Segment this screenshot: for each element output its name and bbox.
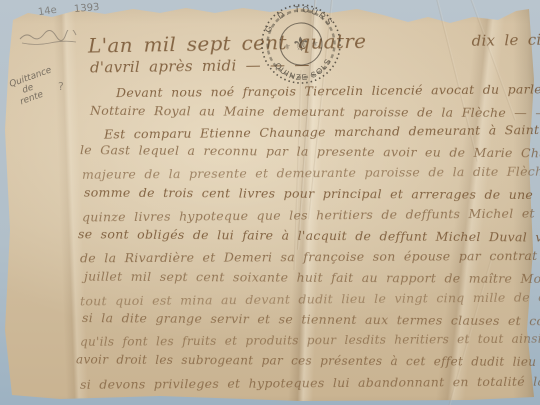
fleur-de-lis-icon: ⚜ <box>291 31 311 57</box>
manuscript-line-7: majeure de la presente et demeurante par… <box>82 163 540 182</box>
pencil-number-left: 14e <box>37 5 57 19</box>
manuscript-line-12: juillet mil sept cent soixante huit fait… <box>84 269 540 287</box>
fleur-de-lis-icon: ⚜ <box>283 42 291 52</box>
tax-stamp: G. D. TOURS QUINZE SOLS ⚜ ⚜ ⚜ <box>250 0 352 91</box>
pencil-scribble <box>18 30 80 48</box>
manuscript-line-8: somme de trois cent livres pour principa… <box>84 185 540 203</box>
stamp-arc-bottom-text: QUINZE SOLS <box>272 55 335 85</box>
manuscript-line-17: si devons privileges et hypoteques lui a… <box>80 373 540 392</box>
pencil-question-mark: ? <box>58 80 64 93</box>
pencil-number-right: 1393 <box>74 2 100 15</box>
manuscript-line-1b: dix le cinquieme jour du mois <box>471 27 540 49</box>
manuscript-line-11: de la Rivardière et Demeri sa françoise … <box>80 248 540 266</box>
manuscript-line-4: Nottaire Royal au Maine demeurant parois… <box>90 103 540 120</box>
fleur-de-lis-icon: ⚜ <box>311 39 319 49</box>
stamp-arc-top-text: G. D. TOURS <box>260 0 336 35</box>
photo-of-manuscript: 14e 1393 Quittance de rente ? L'an mil s… <box>0 0 540 405</box>
